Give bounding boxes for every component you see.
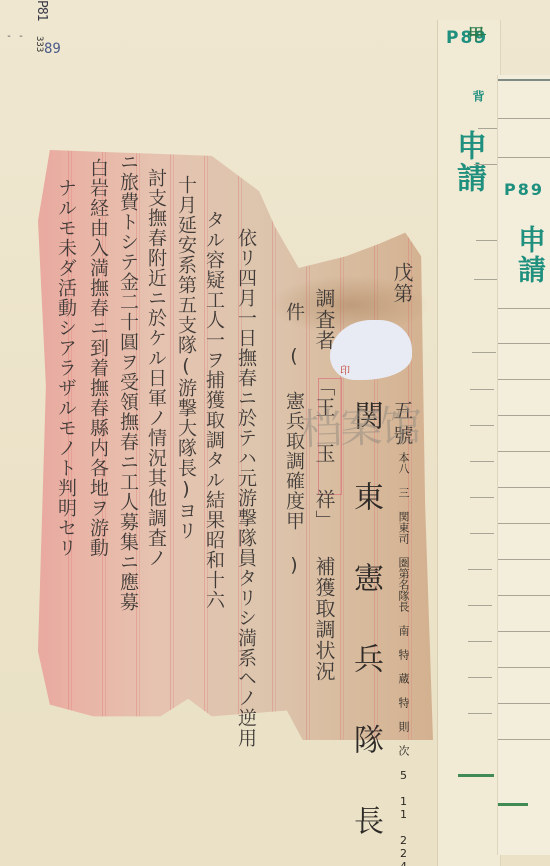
strip-label: 申請 xyxy=(446,130,490,194)
strip-rule xyxy=(468,713,492,714)
body-column-7: ニ旅費トシテ金二十圓ヲ受領撫春ニ工人募集ニ應募 xyxy=(118,152,137,612)
strip-rule xyxy=(474,279,498,280)
body-column-1: 調査者 「王 玉 祥」 補獲取調状況 xyxy=(314,288,334,682)
body-column-3: 依リ四月一日撫春ニ於テハ元游撃隊員タリシ満系ヘノ逆用 xyxy=(236,228,255,748)
strip-rule xyxy=(470,425,494,426)
corner-number: 89 xyxy=(44,41,61,57)
addressee: 関 東 憲 兵 隊 長 xyxy=(350,400,380,843)
strip-rule xyxy=(498,595,550,596)
strip-rule xyxy=(474,164,498,165)
corner-sub: 333 xyxy=(34,36,44,52)
side-note: 本八 三 関東司 圏第名隊長 南 特 蔵 特 則 次 5 11 224 1315… xyxy=(398,452,409,722)
heading-number: 戊第 xyxy=(392,262,412,304)
strip-rule xyxy=(498,308,550,309)
strip-rule xyxy=(470,497,494,498)
strip-page-ref: P89 xyxy=(504,180,544,199)
strip-rule xyxy=(468,641,492,642)
strip-rule xyxy=(498,451,550,452)
index-strip-left: P89 甲 背 申請 xyxy=(437,20,501,866)
body-column-9: ナルモ未ダ活動シアラザルモノト判明セリ xyxy=(56,178,75,558)
strip-side-mark: 背 xyxy=(470,90,487,104)
red-seal: 印 xyxy=(340,362,352,374)
strip-rule xyxy=(470,389,494,390)
strip-rule xyxy=(498,79,550,81)
body-column-6: 討支撫春附近ニ於ケル日軍ノ情況其他調査ノ xyxy=(146,168,165,568)
body-column-5: 十月延安系第五支隊(游撃大隊長)ヨリ xyxy=(176,175,195,541)
corner-dash: - - xyxy=(6,31,24,42)
strip-label: 申請 xyxy=(510,225,550,285)
strip-rule xyxy=(498,739,550,740)
strip-rule xyxy=(468,605,492,606)
strip-rule xyxy=(498,703,550,704)
strip-rule xyxy=(468,569,492,570)
body-column-4: タル容疑工人一ヲ捕獲取調タル結果昭和十六 xyxy=(204,210,223,610)
strip-green-rule xyxy=(498,803,528,806)
corner-annotation: P81 - - 333 89 xyxy=(4,0,64,60)
strip-rule xyxy=(498,559,550,560)
strip-rule xyxy=(498,118,550,119)
strip-rule xyxy=(470,533,494,534)
corner-page-ref: P81 xyxy=(34,0,49,20)
strip-struck-mark: 甲 xyxy=(468,22,486,45)
strip-rule xyxy=(468,677,492,678)
index-strip-right: P89 申請 xyxy=(497,75,550,855)
strip-rule xyxy=(498,487,550,488)
strip-rule xyxy=(470,461,494,462)
strip-green-rule xyxy=(458,774,494,777)
strip-rule xyxy=(498,415,550,416)
archive-watermark: 档案馆 xyxy=(299,393,421,457)
strip-rule xyxy=(498,667,550,668)
strip-rule xyxy=(498,523,550,524)
strip-rule xyxy=(498,343,550,344)
strip-rule xyxy=(472,352,496,353)
body-column-8: 白岩経由入満撫春ニ到着撫春縣内各地ヲ游動 xyxy=(88,158,107,558)
strip-rule xyxy=(498,379,550,380)
strip-rule xyxy=(498,157,550,158)
strip-rule xyxy=(498,631,550,632)
